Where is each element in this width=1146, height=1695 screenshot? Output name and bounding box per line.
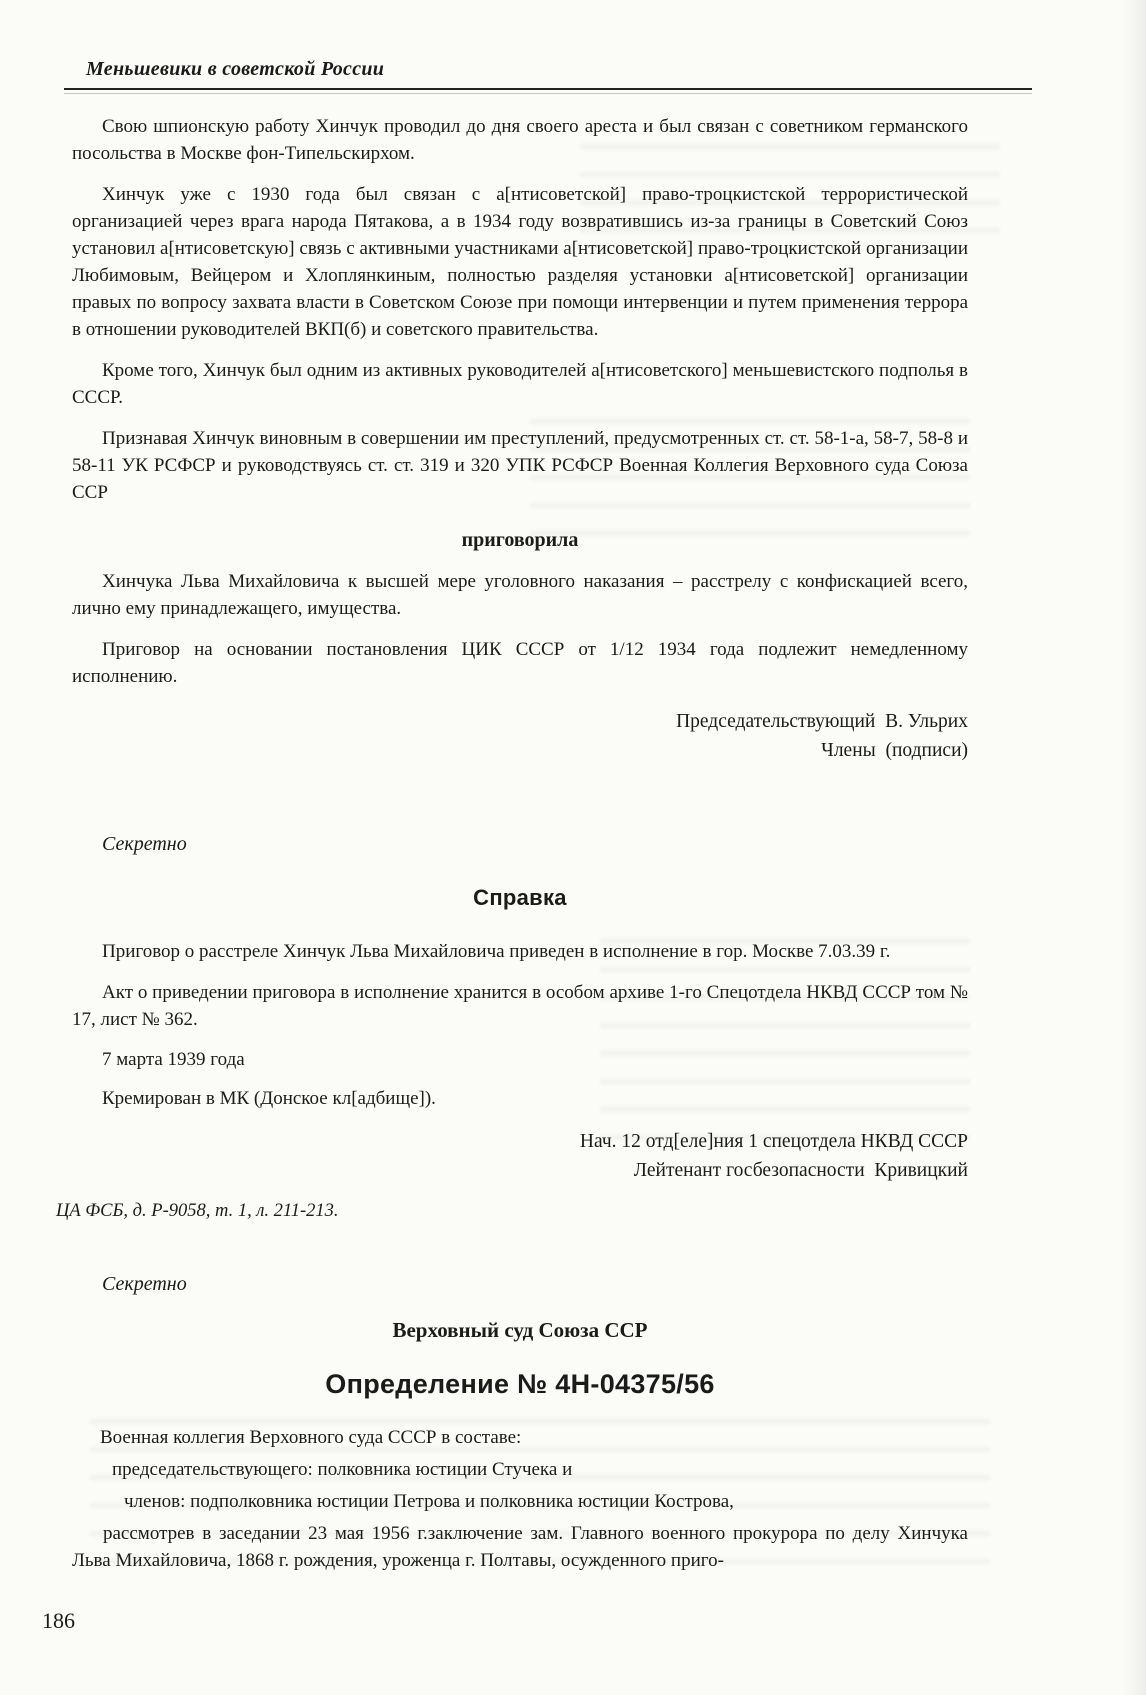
secret-label-opredelenie: Секретно: [72, 1271, 968, 1298]
scan-edge-shadow: [1122, 0, 1146, 1695]
spravka-signature-block: Нач. 12 отд[еле]ния 1 спецотдела НКВД СС…: [72, 1127, 968, 1185]
spravka-paragraph-executed: Приговор о расстреле Хинчук Льва Михайло…: [72, 938, 968, 965]
secret-label-spravka: Секретно: [72, 831, 968, 858]
verdict-paragraph-sentence: Хинчука Льва Михайловича к высшей мере у…: [72, 568, 968, 622]
signature-chairman: Председательствующий В. Ульрих: [72, 707, 968, 736]
verdict-paragraph-guilty: Признавая Хинчук виновным в совершении и…: [72, 425, 968, 506]
verdict-paragraph-execution-order: Приговор на основании постановления ЦИК …: [72, 636, 968, 690]
spravka-date-line: 7 марта 1939 года: [72, 1046, 968, 1073]
verdict-signature-block: Председательствующий В. Ульрих Члены (по…: [72, 707, 968, 765]
ruling-number-heading: Определение № 4Н-04375/56: [72, 1371, 968, 1398]
page-number: 186: [42, 1608, 75, 1634]
ruling-line-members: членов: подполковника юстиции Петрова и …: [72, 1488, 968, 1515]
ruling-paragraph-considered: рассмотрев в заседании 23 мая 1956 г.зак…: [72, 1520, 968, 1574]
verdict-paragraph-underground: Кроме того, Хинчук был одним из активных…: [72, 357, 968, 411]
text-column: Меньшевики в советской России Свою шпион…: [72, 58, 968, 1574]
book-page: Меньшевики в советской России Свою шпион…: [0, 0, 1146, 1695]
spravka-paragraph-act: Акт о приведении приговора в исполнение …: [72, 979, 968, 1033]
ruling-line-chairman: председательствующего: полковника юстици…: [72, 1456, 968, 1483]
spravka-cremation-line: Кремирован в МК (Донское кл[адбище]).: [72, 1085, 968, 1112]
ruling-line-composition: Военная коллегия Верховного суда СССР в …: [72, 1424, 968, 1451]
running-title: Меньшевики в советской России: [72, 58, 968, 81]
signature-rank-name: Лейтенант госбезопасности Кривицкий: [72, 1156, 968, 1185]
verdict-paragraph-espionage: Свою шпионскую работу Хинчук проводил до…: [72, 113, 968, 167]
header-rule: [64, 88, 1032, 94]
verdict-heading-sentenced: приговорила: [72, 527, 968, 554]
signature-position: Нач. 12 отд[еле]ния 1 спецотдела НКВД СС…: [72, 1127, 968, 1156]
spravka-heading: Справка: [72, 884, 968, 911]
archive-reference: ЦА ФСБ, д. Р-9058, т. 1, л. 211-213.: [56, 1198, 968, 1225]
verdict-paragraph-1930: Хинчук уже с 1930 года был связан с а[нт…: [72, 181, 968, 343]
court-heading: Верховный суд Союза ССР: [72, 1317, 968, 1344]
signature-members: Члены (подписи): [72, 736, 968, 765]
